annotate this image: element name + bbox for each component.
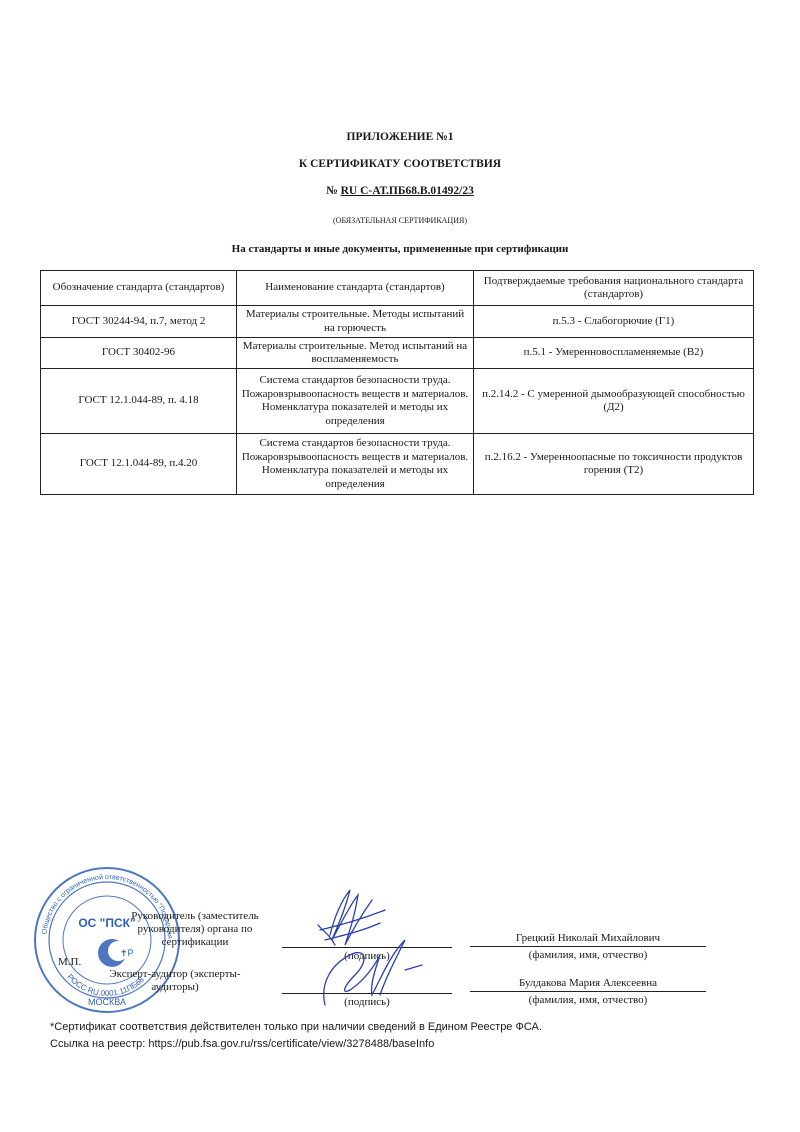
table-row: ГОСТ 30402-96 Материалы строительные. Ме… <box>41 338 754 369</box>
head-name-line <box>470 946 706 947</box>
seal-label: М.П. <box>58 956 81 968</box>
table-row: ГОСТ 30244-94, п.7, метод 2 Материалы ст… <box>41 306 754 338</box>
standard-requirement: п.5.3 - Слабогорючие (Г1) <box>474 306 754 338</box>
registry-link[interactable]: https://pub.fsa.gov.ru/rss/certificate/v… <box>148 1038 434 1050</box>
standard-designation: ГОСТ 30402-96 <box>41 338 237 369</box>
number-prefix: № <box>326 185 338 197</box>
number-value: RU С-АТ.ПБ68.В.01492/23 <box>341 185 474 197</box>
expert-role-label: Эксперт-аудитор (эксперты-аудиторы) <box>105 968 245 994</box>
footer-link-label: Ссылка на реестр: <box>50 1038 145 1050</box>
handwritten-signatures-icon <box>310 885 430 1015</box>
standards-table: Обозначение стандарта (стандартов) Наиме… <box>40 270 754 495</box>
table-caption: На стандарты и иные документы, примененн… <box>0 243 800 255</box>
table-row: ГОСТ 12.1.044-89, п.4.20 Система стандар… <box>41 434 754 495</box>
expert-name-line <box>470 991 706 992</box>
table-header-row: Обозначение стандарта (стандартов) Наиме… <box>41 271 754 306</box>
standard-requirement: п.5.1 - Умеренновоспламеняемые (В2) <box>474 338 754 369</box>
head-role-label: Руководитель (заместитель руководителя) … <box>120 910 270 949</box>
standard-designation: ГОСТ 12.1.044-89, п. 4.18 <box>41 369 237 434</box>
standard-name: Система стандартов безопасности труда. П… <box>237 369 474 434</box>
standard-designation: ГОСТ 30244-94, п.7, метод 2 <box>41 306 237 338</box>
footer-link-row: Ссылка на реестр: https://pub.fsa.gov.ru… <box>50 1038 434 1050</box>
standard-requirement: п.2.16.2 - Умеренноопасные по токсичност… <box>474 434 754 495</box>
head-name-caption: (фамилия, имя, отчество) <box>470 949 706 961</box>
standard-name: Материалы строительные. Методы испытаний… <box>237 306 474 338</box>
svg-text:✝Р: ✝Р <box>120 948 134 958</box>
table-row: ГОСТ 12.1.044-89, п. 4.18 Система станда… <box>41 369 754 434</box>
column-header: Обозначение стандарта (стандартов) <box>41 271 237 306</box>
standard-designation: ГОСТ 12.1.044-89, п.4.20 <box>41 434 237 495</box>
standard-name: Система стандартов безопасности труда. П… <box>237 434 474 495</box>
stamp-city: МОСКВА <box>88 997 126 1007</box>
certification-type: (ОБЯЗАТЕЛЬНАЯ СЕРТИФИКАЦИЯ) <box>0 216 800 225</box>
footer-note: *Сертификат соответствия действителен то… <box>50 1021 542 1033</box>
expert-name: Булдакова Мария Алексеевна <box>470 977 706 989</box>
standard-name: Материалы строительные. Метод испытаний … <box>237 338 474 369</box>
certificate-number: № RU С-АТ.ПБ68.В.01492/23 <box>0 185 800 197</box>
column-header: Наименование стандарта (стандартов) <box>237 271 474 306</box>
appendix-subtitle: К СЕРТИФИКАТУ СООТВЕТСТВИЯ <box>0 158 800 170</box>
column-header: Подтверждаемые требования национального … <box>474 271 754 306</box>
head-name: Грецкий Николай Михайлович <box>470 932 706 944</box>
appendix-title: ПРИЛОЖЕНИЕ №1 <box>0 131 800 143</box>
expert-name-caption: (фамилия, имя, отчество) <box>470 994 706 1006</box>
standard-requirement: п.2.14.2 - С умеренной дымообразующей сп… <box>474 369 754 434</box>
